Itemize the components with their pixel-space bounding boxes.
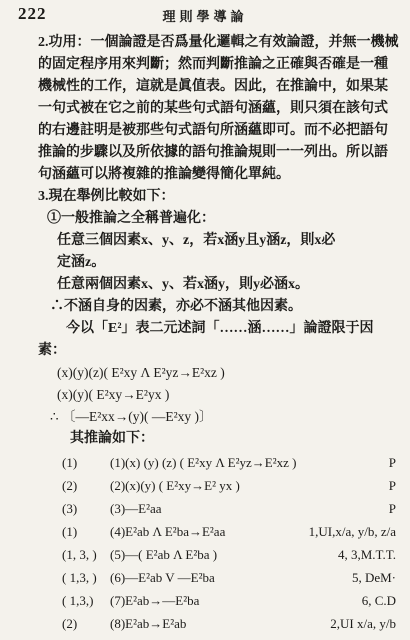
body-line: 的固定程序用來判斷；然而判斷推論之正確與否確是一種 <box>38 54 410 76</box>
formula-cell: (3)—E²aa <box>110 497 385 520</box>
section-heading: 3.現在舉例比較如下： <box>38 186 410 208</box>
premise-line: 任意兩個因素x、y、若x涵y，則y必涵x。 <box>57 274 410 296</box>
body-line: 推論的步驟以及所依據的語句推論規則一一列出。所以語 <box>38 142 410 164</box>
body-line: 2.功用：一個論證是否爲量化邏輯之有效論證，并無一機械 <box>38 32 410 54</box>
deps-cell: (1) <box>62 520 110 543</box>
justification-cell: 4, 3,M.T.T. <box>334 543 396 566</box>
deps-cell: ( 1,3,) <box>62 589 110 612</box>
derivation-row: ( 1,3, ) (6)—E²ab V —E²ba 5, DeM· <box>62 566 396 589</box>
justification-cell: P <box>385 474 396 497</box>
deps-cell: (2) <box>62 474 110 497</box>
conclusion-line: ∴不涵自身的因素，亦必不涵其他因素。 <box>50 296 410 318</box>
body-line: 的右邊註明是被那些句式語句所涵蘊即可。而不必把語句 <box>38 120 410 142</box>
deps-cell: (1, 3, ) <box>62 543 110 566</box>
justification-cell: P <box>385 497 396 520</box>
justification-cell: 2,UI x/a, y/b <box>326 612 396 635</box>
formula-cell: (8)E²ab→E²ab <box>110 612 326 635</box>
justification-cell: 1,UI,x/a, y/b, z/a <box>305 520 396 543</box>
derivation-row: (1) (4)E²ab Λ E²ba→E²aa 1,UI,x/a, y/b, z… <box>62 520 396 543</box>
justification-cell: 6, C.D <box>358 589 396 612</box>
notation-line: 素： <box>38 340 410 362</box>
example-heading: ①一般推論之全稱普遍化： <box>47 208 410 230</box>
notation-line: 今以「E²」表二元述詞「……涵……」論證限于因 <box>66 318 410 340</box>
formula-cell: (2)(x)(y) ( E²xy→E² yx ) <box>110 474 385 497</box>
formula-cell: (6)—E²ab V —E²ba <box>110 566 348 589</box>
page-number: 222 <box>18 4 47 24</box>
premise-line: 定涵z。 <box>57 252 410 274</box>
deps-cell: (1) <box>62 451 110 474</box>
deps-cell: ( 1,3, ) <box>62 566 110 589</box>
formal-conclusion: ∴ 〔—E²xx→(y)( —E²xy )〕 <box>50 406 410 428</box>
formal-premise: (x)(y)(z)( E²xy Λ E²yz→E²xz ) <box>57 362 410 384</box>
formula-cell: (1)(x) (y) (z) ( E²xy Λ E²yz→E²xz ) <box>110 451 385 474</box>
premise-line: 任意三個因素x、y、z，若x涵y且y涵z，則x必 <box>57 230 410 252</box>
deps-cell: (3) <box>62 497 110 520</box>
page-body: 2.功用：一個論證是否爲量化邏輯之有效論證，并無一機械 的固定程序用來判斷；然而… <box>0 32 410 635</box>
derivation-table: (1) (1)(x) (y) (z) ( E²xy Λ E²yz→E²xz ) … <box>0 451 410 635</box>
deps-cell: (2) <box>62 612 110 635</box>
formula-cell: (7)E²ab→—E²ba <box>110 589 358 612</box>
derivation-row: (1, 3, ) (5)—( E²ab Λ E²ba ) 4, 3,M.T.T. <box>62 543 396 566</box>
derivation-row: (2) (8)E²ab→E²ab 2,UI x/a, y/b <box>62 612 396 635</box>
body-line: 句涵蘊可以將複雜的推論變得簡化單純。 <box>38 164 410 186</box>
body-line: 一句式被在它之前的某些句式語句涵蘊，則只須在該句式 <box>38 98 410 120</box>
formal-premise: (x)(y)( E²xy→E²yx ) <box>57 384 410 406</box>
derivation-row: (3) (3)—E²aa P <box>62 497 396 520</box>
page-header: 222 理則學導論 <box>0 0 410 32</box>
body-line: 機械性的工作，這就是眞值表。因此，在推論中，如果某 <box>38 76 410 98</box>
derivation-heading: 其推論如下： <box>70 428 410 450</box>
justification-cell: 5, DeM· <box>348 566 396 589</box>
derivation-row: (2) (2)(x)(y) ( E²xy→E² yx ) P <box>62 474 396 497</box>
derivation-row: ( 1,3,) (7)E²ab→—E²ba 6, C.D <box>62 589 396 612</box>
formula-cell: (5)—( E²ab Λ E²ba ) <box>110 543 334 566</box>
formula-cell: (4)E²ab Λ E²ba→E²aa <box>110 520 305 543</box>
running-head-title: 理則學導論 <box>0 6 410 25</box>
derivation-row: (1) (1)(x) (y) (z) ( E²xy Λ E²yz→E²xz ) … <box>62 451 396 474</box>
justification-cell: P <box>385 451 396 474</box>
book-page: 222 理則學導論 2.功用：一個論證是否爲量化邏輯之有效論證，并無一機械 的固… <box>0 0 410 640</box>
